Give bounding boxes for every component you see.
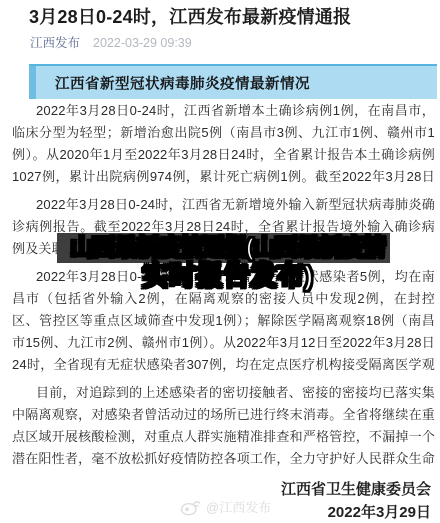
watermark-line1: 山西最新疫情通报(山西最新疫情 [25,231,430,263]
article-title: 3月28日0-24时，江西发布最新疫情通报 [29,4,429,30]
source-link[interactable]: 江西发布 [30,36,80,50]
paragraph-control-measures: 目前，对追踪到的上述感染者的密切接触者、密接的密接均已落实集中隔离观察，对感染者… [12,382,435,470]
publish-timestamp: 2022-03-29 09:39 [93,36,192,50]
article-body: 2022年3月28日0-24时，江西省新增本土确诊病例1例，在南昌市，临床分型为… [12,100,435,523]
weibo-logo-icon [180,498,201,516]
article-page: 3月28日0-24时，江西发布最新疫情通报 江西发布2022-03-29 09:… [0,0,440,523]
banner-left-stripe [29,66,36,99]
section-banner: 江西省新型冠状病毒肺炎疫情最新情况 [29,64,437,99]
section-banner-title: 江西省新型冠状病毒肺炎疫情最新情况 [55,72,310,93]
watermark-line2: 实时报告发布) [25,261,430,291]
byline: 江西发布2022-03-29 09:39 [30,35,192,51]
watermark-title: 山西最新疫情通报(山西最新疫情 实时报告发布) [25,231,430,291]
weibo-handle: @江西发布 [206,497,271,516]
paragraph-local-cases: 2022年3月28日0-24时，江西省新增本土确诊病例1例，在南昌市，临床分型为… [12,100,435,188]
weibo-watermark: @江西发布 [180,497,271,516]
